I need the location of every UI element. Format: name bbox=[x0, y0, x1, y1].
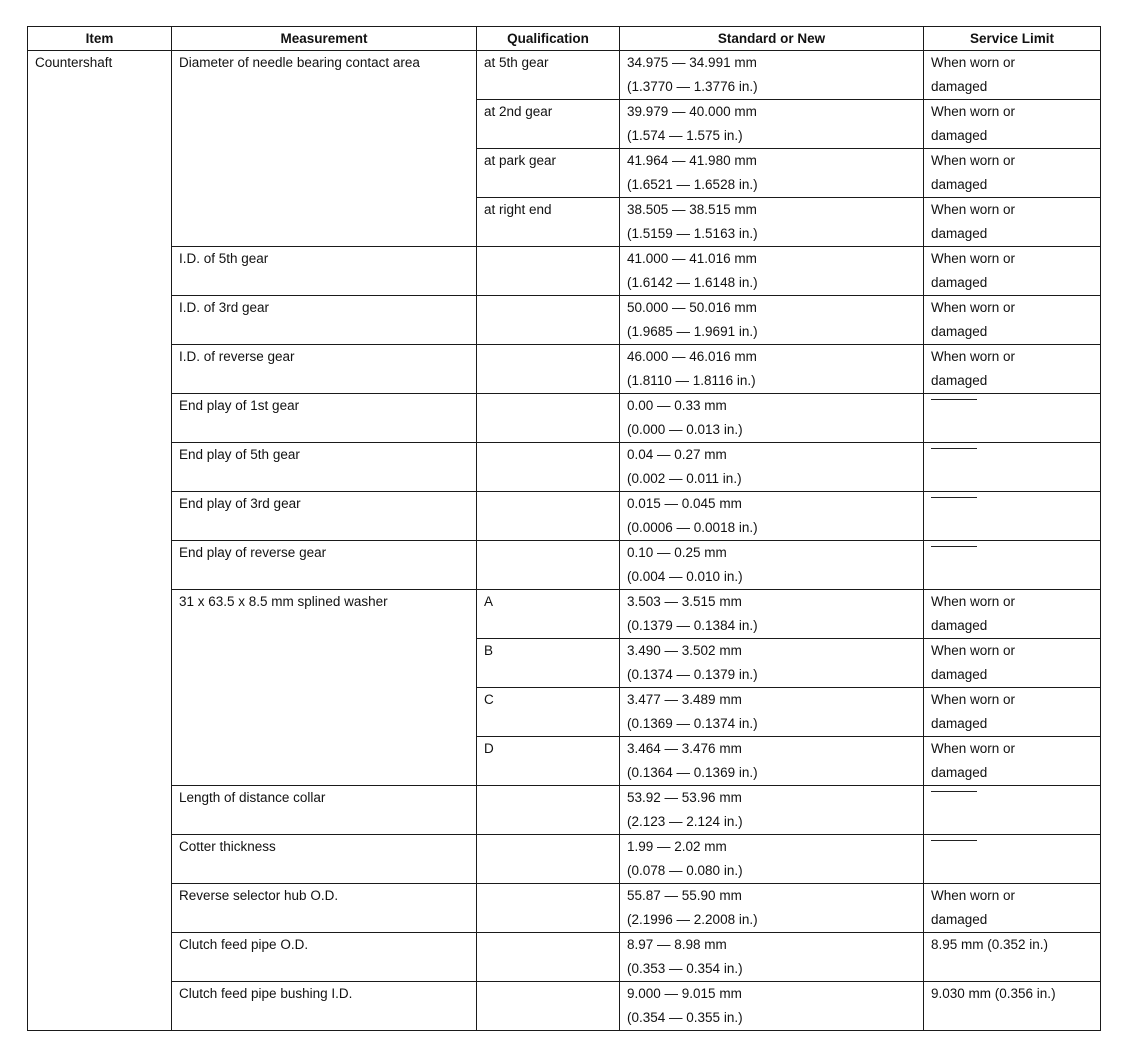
standard-cell: 9.000 — 9.015 mm(0.354 — 0.355 in.) bbox=[620, 982, 924, 1031]
qualification-cell: at right end bbox=[477, 198, 620, 247]
qualification-cell bbox=[477, 296, 620, 345]
standard-in: (0.002 — 0.011 in.) bbox=[627, 467, 916, 491]
service-limit-cell: 9.030 mm (0.356 in.) bbox=[924, 982, 1101, 1031]
table-row: End play of 1st gear0.00 — 0.33 mm(0.000… bbox=[28, 394, 1101, 443]
service-limit-line-2: damaged bbox=[931, 712, 1093, 736]
service-limit-line-1: When worn or bbox=[931, 247, 1093, 271]
qualification-cell: at park gear bbox=[477, 149, 620, 198]
service-limit-line-1: When worn or bbox=[931, 688, 1093, 712]
standard-in: (0.1364 — 0.1369 in.) bbox=[627, 761, 916, 785]
service-limit-cell: 8.95 mm (0.352 in.) bbox=[924, 933, 1101, 982]
no-limit-dash bbox=[931, 497, 977, 498]
standard-in: (2.123 — 2.124 in.) bbox=[627, 810, 916, 834]
standard-in: (1.9685 — 1.9691 in.) bbox=[627, 320, 916, 344]
standard-cell: 3.503 — 3.515 mm(0.1379 — 0.1384 in.) bbox=[620, 590, 924, 639]
standard-in: (1.5159 — 1.5163 in.) bbox=[627, 222, 916, 246]
standard-mm: 34.975 — 34.991 mm bbox=[627, 51, 916, 75]
service-limit-cell bbox=[924, 492, 1101, 541]
standard-mm: 39.979 — 40.000 mm bbox=[627, 100, 916, 124]
standard-in: (0.004 — 0.010 in.) bbox=[627, 565, 916, 589]
no-limit-dash bbox=[931, 448, 977, 449]
service-limit-cell: When worn ordamaged bbox=[924, 247, 1101, 296]
measurement-cell: 31 x 63.5 x 8.5 mm splined washer bbox=[172, 590, 477, 786]
measurement-cell: Reverse selector hub O.D. bbox=[172, 884, 477, 933]
standard-mm: 41.964 — 41.980 mm bbox=[627, 149, 916, 173]
standard-cell: 41.000 — 41.016 mm(1.6142 — 1.6148 in.) bbox=[620, 247, 924, 296]
service-limit-cell bbox=[924, 394, 1101, 443]
table-row: I.D. of 5th gear41.000 — 41.016 mm(1.614… bbox=[28, 247, 1101, 296]
standard-in: (0.0006 — 0.0018 in.) bbox=[627, 516, 916, 540]
measurement-cell: Clutch feed pipe O.D. bbox=[172, 933, 477, 982]
service-limit-cell bbox=[924, 443, 1101, 492]
standard-cell: 46.000 — 46.016 mm(1.8110 — 1.8116 in.) bbox=[620, 345, 924, 394]
measurement-cell: Cotter thickness bbox=[172, 835, 477, 884]
service-limit-cell: When worn ordamaged bbox=[924, 590, 1101, 639]
header-service-limit: Service Limit bbox=[924, 27, 1101, 51]
table-row: Clutch feed pipe O.D.8.97 — 8.98 mm(0.35… bbox=[28, 933, 1101, 982]
standard-mm: 55.87 — 55.90 mm bbox=[627, 884, 916, 908]
no-limit-dash bbox=[931, 840, 977, 841]
standard-mm: 53.92 — 53.96 mm bbox=[627, 786, 916, 810]
service-limit-cell: When worn ordamaged bbox=[924, 688, 1101, 737]
standard-mm: 38.505 — 38.515 mm bbox=[627, 198, 916, 222]
standard-cell: 50.000 — 50.016 mm(1.9685 — 1.9691 in.) bbox=[620, 296, 924, 345]
standard-in: (2.1996 — 2.2008 in.) bbox=[627, 908, 916, 932]
service-limit-line-1: 9.030 mm (0.356 in.) bbox=[931, 982, 1093, 1006]
standard-mm: 0.04 — 0.27 mm bbox=[627, 443, 916, 467]
no-limit-dash bbox=[931, 791, 977, 792]
service-limit-cell: When worn ordamaged bbox=[924, 639, 1101, 688]
qualification-cell bbox=[477, 345, 620, 394]
table-row: Clutch feed pipe bushing I.D.9.000 — 9.0… bbox=[28, 982, 1101, 1031]
standard-cell: 41.964 — 41.980 mm(1.6521 — 1.6528 in.) bbox=[620, 149, 924, 198]
standard-in: (0.1374 — 0.1379 in.) bbox=[627, 663, 916, 687]
standard-mm: 9.000 — 9.015 mm bbox=[627, 982, 916, 1006]
service-limit-line-1: When worn or bbox=[931, 198, 1093, 222]
item-cell: Countershaft bbox=[28, 51, 172, 1031]
standard-in: (0.353 — 0.354 in.) bbox=[627, 957, 916, 981]
header-row: Item Measurement Qualification Standard … bbox=[28, 27, 1101, 51]
service-limit-cell: When worn ordamaged bbox=[924, 737, 1101, 786]
qualification-cell: D bbox=[477, 737, 620, 786]
standard-mm: 0.00 — 0.33 mm bbox=[627, 394, 916, 418]
service-limit-line-1: When worn or bbox=[931, 149, 1093, 173]
service-limit-cell: When worn ordamaged bbox=[924, 198, 1101, 247]
standard-cell: 55.87 — 55.90 mm(2.1996 — 2.2008 in.) bbox=[620, 884, 924, 933]
measurement-cell: I.D. of reverse gear bbox=[172, 345, 477, 394]
service-limit-cell: When worn ordamaged bbox=[924, 345, 1101, 394]
measurement-cell: End play of 3rd gear bbox=[172, 492, 477, 541]
standard-cell: 3.464 — 3.476 mm(0.1364 — 0.1369 in.) bbox=[620, 737, 924, 786]
standard-mm: 46.000 — 46.016 mm bbox=[627, 345, 916, 369]
service-limit-cell: When worn ordamaged bbox=[924, 51, 1101, 100]
standard-cell: 3.490 — 3.502 mm(0.1374 — 0.1379 in.) bbox=[620, 639, 924, 688]
qualification-cell bbox=[477, 247, 620, 296]
qualification-cell bbox=[477, 982, 620, 1031]
standard-in: (1.3770 — 1.3776 in.) bbox=[627, 75, 916, 99]
standard-cell: 3.477 — 3.489 mm(0.1369 — 0.1374 in.) bbox=[620, 688, 924, 737]
standard-in: (0.078 — 0.080 in.) bbox=[627, 859, 916, 883]
standard-mm: 0.10 — 0.25 mm bbox=[627, 541, 916, 565]
table-row: End play of 5th gear0.04 — 0.27 mm(0.002… bbox=[28, 443, 1101, 492]
standard-cell: 0.04 — 0.27 mm(0.002 — 0.011 in.) bbox=[620, 443, 924, 492]
measurement-cell: I.D. of 5th gear bbox=[172, 247, 477, 296]
service-limit-line-2: damaged bbox=[931, 173, 1093, 197]
service-limit-line-1: When worn or bbox=[931, 737, 1093, 761]
qualification-cell: at 2nd gear bbox=[477, 100, 620, 149]
standard-in: (0.354 — 0.355 in.) bbox=[627, 1006, 916, 1030]
service-limit-line-2: damaged bbox=[931, 908, 1093, 932]
measurement-cell: I.D. of 3rd gear bbox=[172, 296, 477, 345]
header-qualification: Qualification bbox=[477, 27, 620, 51]
service-limit-line-1: 8.95 mm (0.352 in.) bbox=[931, 933, 1093, 957]
service-limit-line-2: damaged bbox=[931, 614, 1093, 638]
qualification-cell: at 5th gear bbox=[477, 51, 620, 100]
standard-in: (0.1369 — 0.1374 in.) bbox=[627, 712, 916, 736]
measurement-cell: Diameter of needle bearing contact area bbox=[172, 51, 477, 247]
qualification-cell bbox=[477, 786, 620, 835]
table-row: End play of reverse gear0.10 — 0.25 mm(0… bbox=[28, 541, 1101, 590]
measurement-cell: End play of reverse gear bbox=[172, 541, 477, 590]
service-limit-cell bbox=[924, 541, 1101, 590]
service-limit-cell: When worn ordamaged bbox=[924, 296, 1101, 345]
service-limit-cell: When worn ordamaged bbox=[924, 149, 1101, 198]
standard-cell: 39.979 — 40.000 mm(1.574 — 1.575 in.) bbox=[620, 100, 924, 149]
table-row: I.D. of reverse gear46.000 — 46.016 mm(1… bbox=[28, 345, 1101, 394]
header-standard: Standard or New bbox=[620, 27, 924, 51]
standard-in: (1.574 — 1.575 in.) bbox=[627, 124, 916, 148]
spec-table: Item Measurement Qualification Standard … bbox=[27, 26, 1101, 1031]
measurement-cell: End play of 5th gear bbox=[172, 443, 477, 492]
service-limit-line-1: When worn or bbox=[931, 100, 1093, 124]
service-limit-cell: When worn ordamaged bbox=[924, 884, 1101, 933]
standard-mm: 8.97 — 8.98 mm bbox=[627, 933, 916, 957]
standard-cell: 0.00 — 0.33 mm(0.000 — 0.013 in.) bbox=[620, 394, 924, 443]
standard-in: (1.6521 — 1.6528 in.) bbox=[627, 173, 916, 197]
service-limit-line-1: When worn or bbox=[931, 345, 1093, 369]
service-limit-cell: When worn ordamaged bbox=[924, 100, 1101, 149]
no-limit-dash bbox=[931, 399, 977, 400]
standard-cell: 38.505 — 38.515 mm(1.5159 — 1.5163 in.) bbox=[620, 198, 924, 247]
standard-mm: 3.464 — 3.476 mm bbox=[627, 737, 916, 761]
table-row: End play of 3rd gear0.015 — 0.045 mm(0.0… bbox=[28, 492, 1101, 541]
measurement-cell: Clutch feed pipe bushing I.D. bbox=[172, 982, 477, 1031]
standard-cell: 1.99 — 2.02 mm(0.078 — 0.080 in.) bbox=[620, 835, 924, 884]
standard-in: (1.6142 — 1.6148 in.) bbox=[627, 271, 916, 295]
service-limit-line-1: When worn or bbox=[931, 51, 1093, 75]
standard-mm: 3.477 — 3.489 mm bbox=[627, 688, 916, 712]
measurement-cell: End play of 1st gear bbox=[172, 394, 477, 443]
service-limit-line-1: When worn or bbox=[931, 296, 1093, 320]
qualification-cell bbox=[477, 835, 620, 884]
qualification-cell: A bbox=[477, 590, 620, 639]
service-limit-line-1: When worn or bbox=[931, 639, 1093, 663]
service-limit-line-2: damaged bbox=[931, 124, 1093, 148]
service-limit-line-2: damaged bbox=[931, 320, 1093, 344]
table-row: CountershaftDiameter of needle bearing c… bbox=[28, 51, 1101, 100]
standard-in: (0.000 — 0.013 in.) bbox=[627, 418, 916, 442]
standard-mm: 41.000 — 41.016 mm bbox=[627, 247, 916, 271]
qualification-cell bbox=[477, 933, 620, 982]
service-limit-line-2: damaged bbox=[931, 75, 1093, 99]
service-limit-line-2: damaged bbox=[931, 271, 1093, 295]
table-row: Length of distance collar53.92 — 53.96 m… bbox=[28, 786, 1101, 835]
no-limit-dash bbox=[931, 546, 977, 547]
qualification-cell bbox=[477, 443, 620, 492]
standard-cell: 53.92 — 53.96 mm(2.123 — 2.124 in.) bbox=[620, 786, 924, 835]
qualification-cell: C bbox=[477, 688, 620, 737]
standard-mm: 1.99 — 2.02 mm bbox=[627, 835, 916, 859]
service-limit-line-1: When worn or bbox=[931, 590, 1093, 614]
standard-cell: 8.97 — 8.98 mm(0.353 — 0.354 in.) bbox=[620, 933, 924, 982]
qualification-cell bbox=[477, 394, 620, 443]
standard-cell: 0.015 — 0.045 mm(0.0006 — 0.0018 in.) bbox=[620, 492, 924, 541]
standard-cell: 34.975 — 34.991 mm(1.3770 — 1.3776 in.) bbox=[620, 51, 924, 100]
service-limit-line-1: When worn or bbox=[931, 884, 1093, 908]
service-limit-line-2: damaged bbox=[931, 761, 1093, 785]
standard-in: (0.1379 — 0.1384 in.) bbox=[627, 614, 916, 638]
qualification-cell bbox=[477, 884, 620, 933]
standard-mm: 50.000 — 50.016 mm bbox=[627, 296, 916, 320]
table-row: 31 x 63.5 x 8.5 mm splined washerA3.503 … bbox=[28, 590, 1101, 639]
standard-cell: 0.10 — 0.25 mm(0.004 — 0.010 in.) bbox=[620, 541, 924, 590]
table-body: CountershaftDiameter of needle bearing c… bbox=[28, 51, 1101, 1031]
qualification-cell bbox=[477, 541, 620, 590]
measurement-cell: Length of distance collar bbox=[172, 786, 477, 835]
table-row: Cotter thickness1.99 — 2.02 mm(0.078 — 0… bbox=[28, 835, 1101, 884]
standard-mm: 3.503 — 3.515 mm bbox=[627, 590, 916, 614]
service-limit-cell bbox=[924, 835, 1101, 884]
table-row: I.D. of 3rd gear50.000 — 50.016 mm(1.968… bbox=[28, 296, 1101, 345]
qualification-cell bbox=[477, 492, 620, 541]
qualification-cell: B bbox=[477, 639, 620, 688]
service-limit-line-2: damaged bbox=[931, 369, 1093, 393]
service-limit-line-2: damaged bbox=[931, 222, 1093, 246]
table-row: Reverse selector hub O.D.55.87 — 55.90 m… bbox=[28, 884, 1101, 933]
service-limit-line-2: damaged bbox=[931, 663, 1093, 687]
standard-mm: 0.015 — 0.045 mm bbox=[627, 492, 916, 516]
standard-mm: 3.490 — 3.502 mm bbox=[627, 639, 916, 663]
header-item: Item bbox=[28, 27, 172, 51]
service-limit-cell bbox=[924, 786, 1101, 835]
standard-in: (1.8110 — 1.8116 in.) bbox=[627, 369, 916, 393]
header-measurement: Measurement bbox=[172, 27, 477, 51]
